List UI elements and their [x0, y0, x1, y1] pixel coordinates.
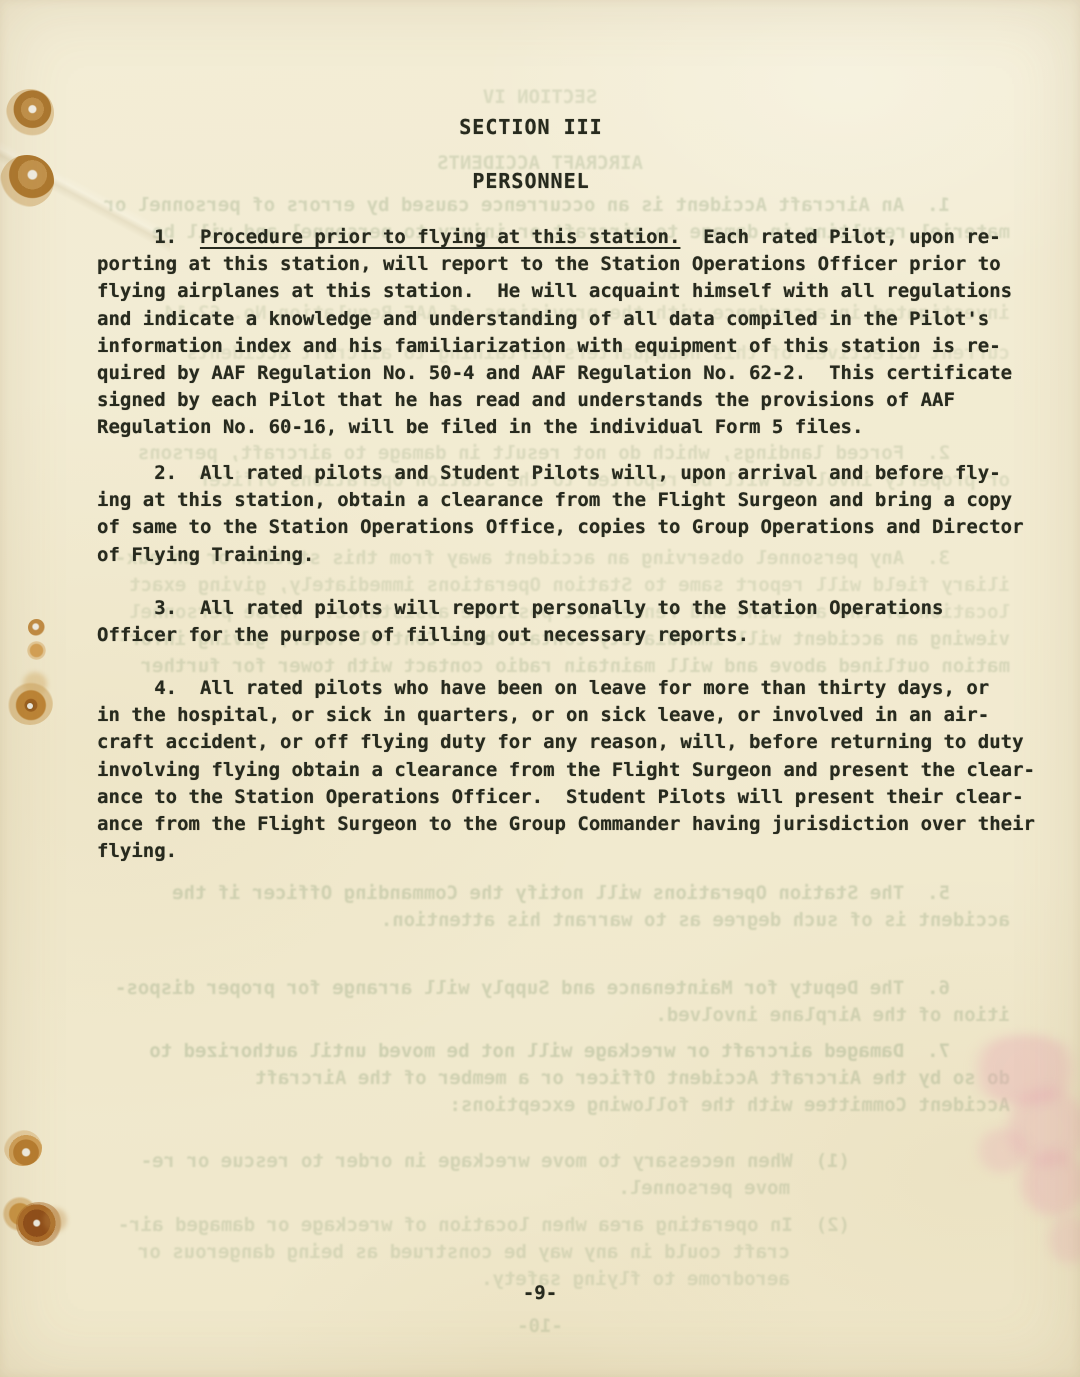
text-line: information index and his familiarizatio… — [97, 333, 1037, 360]
text-line: 2. All rated pilots and Student Pilots w… — [97, 460, 1037, 487]
rust-stain — [16, 1202, 62, 1246]
paragraph-2: 2. All rated pilots and Student Pilots w… — [97, 460, 1037, 569]
section-heading: SECTION III — [0, 114, 1062, 141]
paragraph-1-number: 1. — [97, 226, 200, 248]
text-line: and indicate a knowledge and understandi… — [97, 306, 1037, 333]
bleedthrough-line: (2) In operating area when location of w… — [118, 1212, 850, 1239]
bleedthrough-line: (1) When necessary to move wreckage in o… — [141, 1148, 850, 1175]
text-line: Regulation No. 60-16, will be filed in t… — [97, 414, 1037, 441]
rust-stain — [27, 641, 46, 660]
text-line: 4. All rated pilots who have been on lea… — [97, 675, 1037, 702]
page-number: -9- — [0, 1282, 1080, 1304]
bleedthrough-line: craft could in any way be construed as b… — [138, 1239, 790, 1266]
rust-stain-halo — [20, 671, 50, 697]
scanned-document-page: SECTION IVAIRCRAFT ACCIDENTS1. An Aircra… — [0, 0, 1080, 1377]
pink-stain — [965, 1035, 1080, 1105]
bleedthrough-line: ition of the Airplane involved. — [655, 1002, 1010, 1029]
bleedthrough-line: 7. Damaged aircraft or wreckage will not… — [149, 1038, 950, 1065]
bleedthrough-line: do so by the Aircraft Accident Officer o… — [255, 1065, 1010, 1092]
text-line: quired by AAF Regulation No. 50-4 and AA… — [97, 360, 1037, 387]
text-line: involving flying obtain a clearance from… — [97, 757, 1037, 784]
text-line: in the hospital, or sick in quarters, or… — [97, 702, 1037, 729]
rust-stain — [4, 1130, 42, 1166]
text-line: signed by each Pilot that he has read an… — [97, 387, 1037, 414]
paragraph-4: 4. All rated pilots who have been on lea… — [97, 675, 1037, 865]
bleedthrough-line: 5. The Station Operations will notify th… — [172, 880, 950, 907]
staple-hole — [27, 703, 33, 709]
text-line: flying. — [97, 838, 1037, 865]
text-line: ance from the Flight Surgeon to the Grou… — [97, 811, 1037, 838]
text-line: of Flying Training. — [97, 542, 1037, 569]
rust-stain — [28, 619, 45, 636]
rust-stain-halo — [42, 1205, 68, 1235]
bleedthrough-line: move personnel. — [618, 1175, 790, 1202]
text-line: 3. All rated pilots will report personal… — [97, 595, 1037, 622]
bleedthrough-line: accident is of such degree as to warrant… — [381, 907, 1010, 934]
bleedthrough-line: Accident Committee with the following ex… — [449, 1092, 1010, 1119]
text-line: of same to the Station Operations Office… — [97, 514, 1037, 541]
personnel-heading: PERSONNEL — [0, 168, 1062, 195]
pink-stain — [1005, 1085, 1080, 1170]
pink-stain — [975, 1128, 1030, 1173]
text-line: ing at this station, obtain a clearance … — [97, 487, 1037, 514]
rust-stain — [2, 1196, 38, 1232]
paragraph-1-first-line: 1. Procedure prior to flying at this sta… — [97, 224, 1037, 251]
paragraph-1: 1. Procedure prior to flying at this sta… — [97, 224, 1037, 442]
bleedthrough-line: SECTION IV — [0, 84, 1080, 111]
text-line: flying airplanes at this station. He wil… — [97, 278, 1037, 305]
text-line: Officer for the purpose of filling out n… — [97, 622, 1037, 649]
bleedthrough-line: -10- — [0, 1313, 1080, 1340]
bleedthrough-line: 6. The Deputy for Maintenance and Supply… — [115, 975, 950, 1002]
text-line: ance to the Station Operations Officer. … — [97, 784, 1037, 811]
text-line: porting at this station, will report to … — [97, 251, 1037, 278]
bleedthrough-line: 1. An Aircraft Accident is an occurrence… — [104, 192, 950, 219]
paragraph-1-underlined-heading: Procedure prior to flying at this statio… — [200, 226, 680, 248]
pink-stain — [1048, 1212, 1080, 1267]
pink-stain — [1018, 1148, 1080, 1218]
paragraph-1-first-line-rest: Each rated Pilot, upon re- — [680, 226, 1000, 248]
text-line: craft accident, or off flying duty for a… — [97, 729, 1037, 756]
rust-stain — [7, 681, 53, 725]
paragraph-3: 3. All rated pilots will report personal… — [97, 595, 1037, 649]
